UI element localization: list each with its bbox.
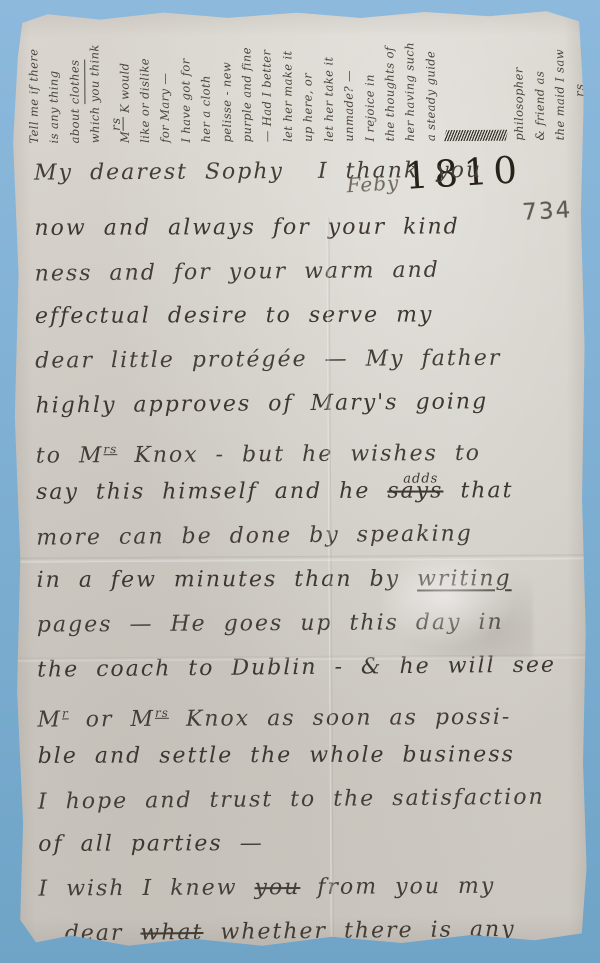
text-segment: philosopher xyxy=(512,67,526,140)
text-segment: more can be done by speaking xyxy=(36,521,473,550)
text-segment: let her make it xyxy=(280,50,295,142)
text-segment: rs xyxy=(155,706,169,720)
text-segment: rs xyxy=(103,442,117,456)
text-segment: M xyxy=(37,707,62,732)
text-segment: Knox - but he wishes to xyxy=(117,441,481,468)
text-segment: whether there is any xyxy=(203,917,515,945)
text-segment: let her take it xyxy=(321,56,336,141)
text-segment: dear little protégée — My father xyxy=(35,346,501,374)
cross-writing-line: the thoughts of xyxy=(379,11,400,141)
cross-writing-line: a steady guide xyxy=(420,11,441,141)
cross-writing-line: the maid I saw xyxy=(549,10,570,140)
paper-crumple-highlight xyxy=(382,559,533,660)
cross-writing-line: & friend as xyxy=(529,10,550,140)
text-segment: M xyxy=(117,131,131,143)
cross-writing-line: Tell me if there xyxy=(23,14,44,144)
cross-writing-line: purple and fine xyxy=(236,12,257,142)
text-segment: I hope and trust to the satisfaction xyxy=(38,785,545,815)
letter-line: ness and for your warm and xyxy=(35,247,589,296)
letter-line: dear little protégée — My father xyxy=(35,336,589,383)
text-segment: which you think xyxy=(88,44,103,143)
letter-line: highly approves of Mary's going xyxy=(35,379,589,428)
cross-writing-line: I have got for xyxy=(175,13,196,143)
text-segment: K would xyxy=(117,63,131,117)
letter-line: dear what whether there is any xyxy=(39,907,593,956)
text-segment: My dearest Sophy xyxy=(34,159,284,186)
text-segment: dear xyxy=(65,921,141,947)
text-segment: — Had I better xyxy=(260,50,275,143)
text-segment: I have got for xyxy=(178,58,193,142)
letter-line: now and always for your kind xyxy=(34,205,588,251)
text-segment: ble and settle the whole business xyxy=(38,742,515,769)
text-segment: the maid I saw xyxy=(552,49,567,140)
text-segment: I thank you xyxy=(318,158,482,184)
cross-writing-line: about clothes xyxy=(64,13,85,143)
cross-writing-line: up here, or xyxy=(297,12,318,142)
photo-background: { "photo": { "background_top": "#8cb9dc"… xyxy=(0,0,600,963)
cross-writing-line: is any thing xyxy=(44,13,65,143)
cross-writing-line: — Had I better xyxy=(257,12,278,142)
cross-writing-section: Tell me if thereis any thingabout clothe… xyxy=(7,6,588,146)
letter-paper: Tell me if thereis any thingabout clothe… xyxy=(7,6,593,956)
text-segment: you xyxy=(254,875,300,900)
cross-writing-line: philosopher xyxy=(508,11,529,141)
cross-writing-line: unmade? — xyxy=(338,12,359,142)
letter-line: I hope and trust to the satisfaction xyxy=(38,775,592,824)
text-segment: the thoughts of xyxy=(382,46,397,141)
text-segment: pelisse - new xyxy=(219,62,233,143)
letter-line: ble and settle the whole business xyxy=(38,733,592,779)
text-segment: or M xyxy=(69,707,155,733)
text-segment: of all parties — xyxy=(38,831,264,857)
letter-line: My dearest SophyI thank you xyxy=(34,148,588,195)
letter-line: Mr or Mrs Knox as soon as possi- xyxy=(37,688,591,735)
cross-writing-line: Mrs K would xyxy=(105,13,135,143)
cross-writing-line: pelisse - new xyxy=(216,12,237,142)
text-segment: about xyxy=(68,104,82,143)
cross-writing-line xyxy=(440,11,509,141)
cross-writing-line: which you think xyxy=(84,13,105,143)
cross-writing-line: with Mrs R. at xyxy=(569,10,599,140)
letter-line: more can be done by speaking xyxy=(36,511,590,560)
text-segment: effectual desire to serve my xyxy=(35,302,433,328)
text-segment: R. at xyxy=(582,49,596,83)
scribbled-out-word xyxy=(444,130,509,141)
text-segment: highly approves of Mary's going xyxy=(35,389,488,418)
text-segment: I wish I knew xyxy=(38,875,254,901)
text-segment: say this himself and he xyxy=(36,479,387,505)
letter-line: effectual desire to serve my xyxy=(35,293,589,339)
cross-writing-line: her a cloth xyxy=(195,13,216,143)
text-segment: in a few minutes than by xyxy=(37,567,418,593)
letter-body: My dearest SophyI thank younow and alway… xyxy=(8,142,593,956)
letter-line: of all parties — xyxy=(38,821,592,867)
text-segment: with M xyxy=(582,97,596,140)
text-segment: Tell me if there xyxy=(26,48,41,143)
cross-writing-line: like or dislike xyxy=(134,13,155,143)
text-segment: to M xyxy=(36,443,104,468)
text-segment: for Mary — xyxy=(158,73,172,143)
text-segment: a steady guide xyxy=(423,51,438,142)
text-segment: I rejoice in xyxy=(362,74,376,142)
text-segment: like or dislike xyxy=(137,58,152,143)
text-segment: that xyxy=(443,478,513,503)
text-segment: is any thing xyxy=(47,71,61,144)
text-segment: unmade? — xyxy=(342,70,356,142)
text-segment: her a cloth xyxy=(199,75,213,142)
text-segment: rs xyxy=(573,83,587,97)
text-segment: what xyxy=(140,920,203,946)
text-segment: ness and for your warm and xyxy=(35,258,440,287)
letter-line: to Mrs Knox - but he wishes to xyxy=(36,424,590,471)
cross-writing-line: her having such xyxy=(399,11,420,141)
cross-writing-line: for Mary — xyxy=(155,13,176,143)
cross-writing-line: let her take it xyxy=(318,12,339,142)
cross-writing-line: I rejoice in xyxy=(359,12,380,142)
text-segment: purple and fine xyxy=(239,47,254,142)
letter-line: I wish I knew you from you my xyxy=(38,864,592,911)
text-segment: Knox as soon as possi- xyxy=(169,705,512,732)
cross-writing-line: let her make it xyxy=(277,12,298,142)
text-segment: her having such xyxy=(403,42,418,141)
text-segment: now and always for your kind xyxy=(34,214,459,240)
text-segment: clothes xyxy=(67,60,81,105)
text-segment: & friend as xyxy=(532,71,546,141)
text-segment: rs xyxy=(108,117,122,131)
text-segment: up here, or xyxy=(301,73,315,142)
letter-line: say this himself and he addssays that xyxy=(36,469,590,515)
